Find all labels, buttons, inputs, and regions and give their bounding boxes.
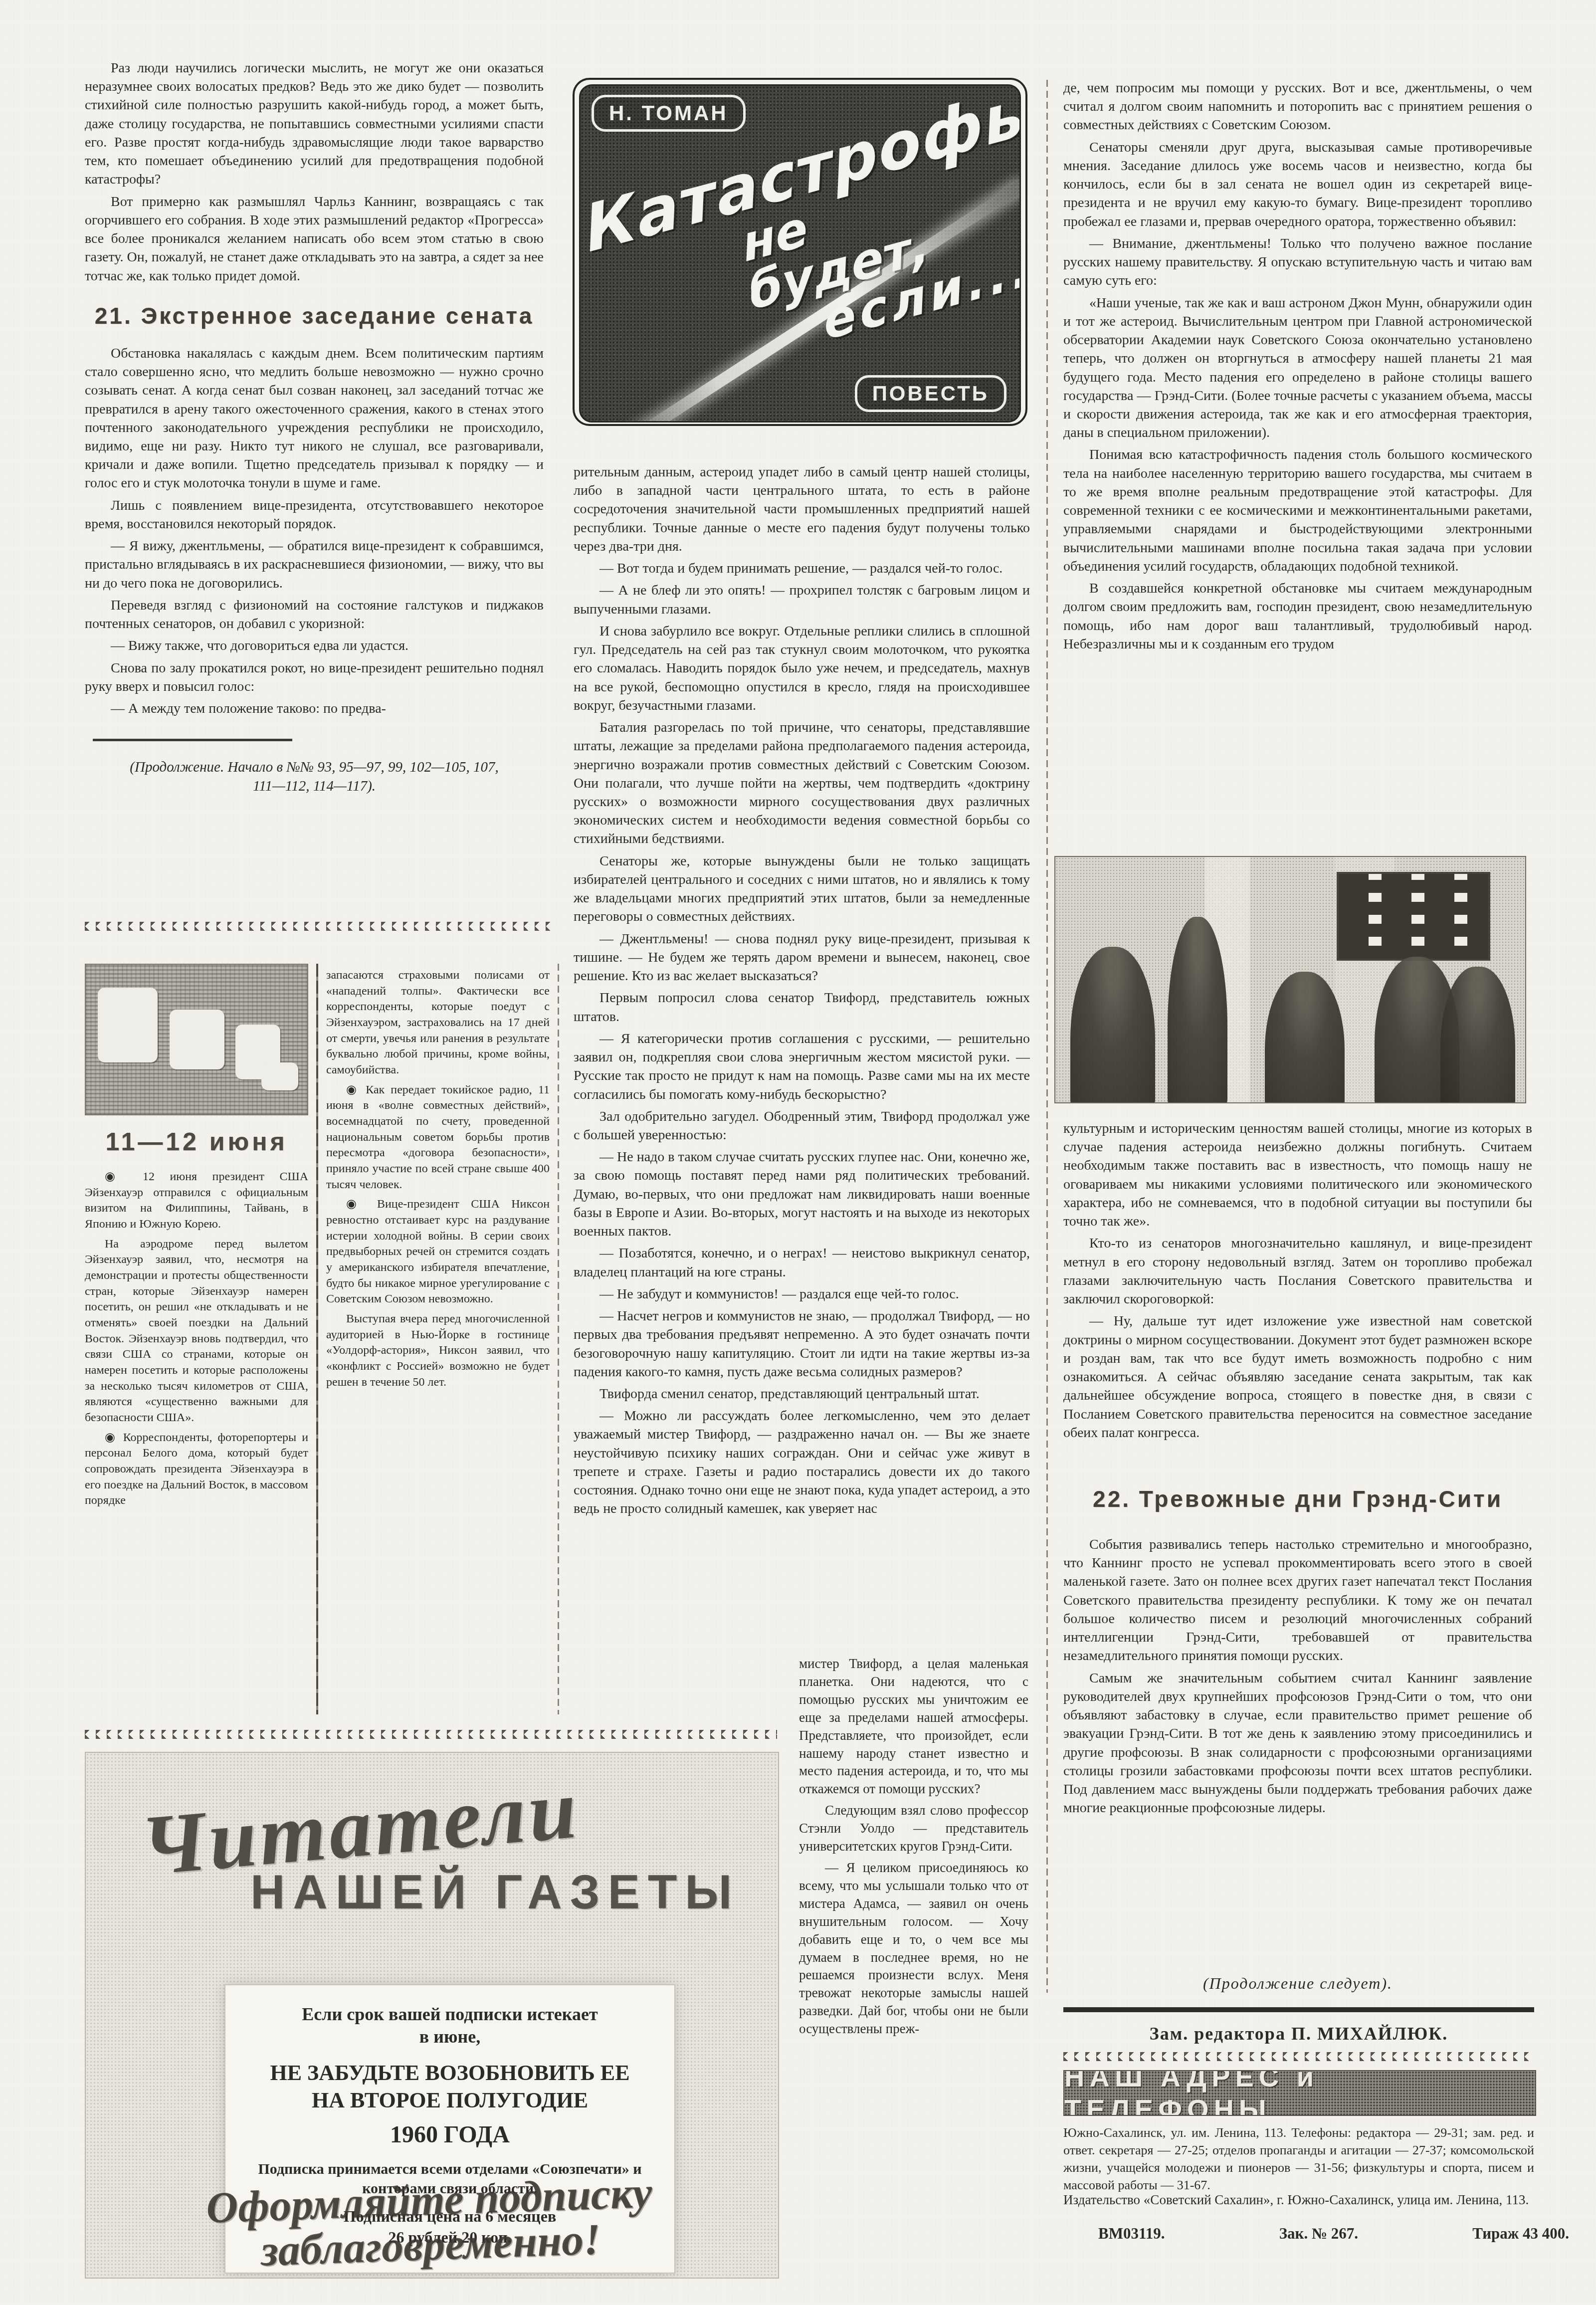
serial-continuation-note: (Продолжение. Начало в №№ 93, 95—97, 99,…	[120, 758, 509, 796]
story-paragraph: События развивались теперь настолько стр…	[1063, 1535, 1532, 1666]
genre-badge: ПОВЕСТЬ	[855, 375, 1006, 412]
digest-item: ◉ Вице-президент США Никсон ревностно от…	[326, 1197, 550, 1307]
ad-year: 1960 ГОДА	[240, 2121, 659, 2148]
story-paragraph: — Насчет негров и коммунистов не знаю, —…	[574, 1307, 1030, 1381]
ad-intro-line: Если срок вашей подписки истекает	[302, 2004, 598, 2024]
digest-column-rule	[316, 964, 318, 1714]
senate-illustration	[1054, 856, 1526, 1103]
story-paragraph: де, чем попросим мы помощи у русских. Во…	[1063, 79, 1532, 135]
digest-item: ◉ Как передает токийское радио, 11 июня …	[326, 1082, 550, 1193]
display-board-shape	[1337, 872, 1490, 961]
digest-left-column: 11—12 июня ◉ 12 июня президент США Эйзен…	[85, 964, 308, 1714]
column-2-narrow-continuation: мистер Твифорд, а целая маленькая планет…	[799, 1655, 1028, 2281]
chapter-22-text: События развивались теперь настолько стр…	[1063, 1535, 1532, 1970]
title-art-canvas: Катастрофы не будет, если... Н. ТОМАН ПО…	[579, 84, 1021, 422]
column-rule	[1046, 80, 1048, 1993]
divider-rule	[93, 739, 292, 741]
story-paragraph: Понимая всю катастрофичность падения сто…	[1063, 445, 1532, 576]
story-paragraph: — Я целиком присоединяюсь ко всему, что …	[799, 1859, 1028, 2038]
column-2: рительным данным, астероид упадет либо в…	[574, 463, 1030, 1652]
story-paragraph: Снова по залу прокатился рокот, но вице-…	[85, 659, 544, 696]
digest-item: ◉ 12 июня президент США Эйзенхауэр отпра…	[85, 1169, 308, 1233]
column-3: де, чем попросим мы помощи у русских. Во…	[1063, 79, 1532, 853]
newspaper-page: Раз люди научились логически мыслить, не…	[0, 0, 1596, 2305]
deputy-editor-line: Зам. редактора П. МИХАЙЛЮК.	[1063, 2023, 1534, 2044]
logo-shape	[98, 988, 158, 1062]
imprint-code: ВМ03119.	[1098, 2225, 1165, 2243]
story-intro: Раз люди научились логически мыслить, не…	[85, 59, 544, 285]
story-paragraph: Следующим взял слово профессор Стэнли Уо…	[799, 1802, 1028, 1856]
story-paragraph: Вот примерно как размышлял Чарльз Каннин…	[85, 193, 544, 285]
story-paragraph: — Не забудут и коммунистов! — раздался е…	[574, 1285, 1030, 1303]
story-paragraph: — А между тем положение таково: по предв…	[85, 699, 544, 718]
zigzag-separator	[85, 1730, 777, 1739]
story-paragraph: Раз люди научились логически мыслить, не…	[85, 59, 544, 189]
story-paragraph: — Внимание, джентльмены! Только что полу…	[1063, 234, 1532, 290]
story-paragraph: Кто-то из сенаторов многозначительно каш…	[1063, 1234, 1532, 1308]
ad-intro-line: в июне,	[419, 2027, 480, 2047]
digest-date-heading: 11—12 июня	[85, 1127, 308, 1156]
story-paragraph: Первым попросил слова сенатор Твифорд, п…	[574, 989, 1030, 1026]
to-be-continued-note: (Продолжение следует).	[1063, 1974, 1532, 1993]
digest-item: ◉ Корреспонденты, фоторепортеры и персон…	[85, 1430, 308, 1509]
story-paragraph: мистер Твифорд, а целая маленькая планет…	[799, 1655, 1028, 1798]
subscription-ad: Читатели НАШЕЙ ГАЗЕТЫ Если срок вашей по…	[85, 1752, 779, 2279]
story-paragraph: рительным данным, астероид упадет либо в…	[574, 463, 1030, 556]
digest-item: Выступая вчера перед многочисленной ауди…	[326, 1311, 550, 1390]
story-paragraph: Обстановка накалялась с каждым днем. Все…	[85, 344, 544, 493]
logo-shape	[170, 1010, 224, 1069]
column-rule	[558, 964, 559, 1714]
ad-cta-line: НА ВТОРОЕ ПОЛУГОДИЕ	[312, 2088, 588, 2112]
digest-left-items: ◉ 12 июня президент США Эйзенхауэр отпра…	[85, 1169, 308, 1509]
address-banner: НАШ АДРЕС и ТЕЛЕФОНЫ	[1063, 2070, 1536, 2116]
story-title-art: Катастрофы не будет, если... Н. ТОМАН ПО…	[573, 78, 1027, 426]
story-paragraph: В создавшейся конкретной обстановке мы с…	[1063, 579, 1532, 653]
story-paragraph: Сенаторы сменяли друг друга, высказывая …	[1063, 138, 1532, 231]
chapter-21-heading: 21. Экстренное заседание сената	[85, 302, 544, 329]
news-digest: 11—12 июня ◉ 12 июня президент США Эйзен…	[85, 964, 554, 1714]
story-paragraph: — Я вижу, джентльмены, — обратился вице-…	[85, 537, 544, 593]
story-paragraph: — Позаботятся, конечно, и о неграх! — не…	[574, 1244, 1030, 1281]
story-paragraph: — Можно ли рассуждать более легкомысленн…	[574, 1407, 1030, 1518]
senator-figure	[1070, 947, 1155, 1103]
story-paragraph: — А не блеф ли это опять! — прохрипел то…	[574, 581, 1030, 618]
digest-right-items: запасаются страховыми полисами от «напад…	[326, 964, 550, 1714]
story-paragraph: Твифорда сменил сенатор, представляющий …	[574, 1385, 1030, 1403]
publisher-line: Издательство «Советский Сахалин», г. Южн…	[1063, 2191, 1534, 2209]
story-paragraph: И снова забурлило все вокруг. Отдельные …	[574, 622, 1030, 715]
story-paragraph: — Вот тогда и будем принимать решение, —…	[574, 559, 1030, 578]
story-paragraph: Баталия разгорелась по той причине, что …	[574, 718, 1030, 848]
zigzag-separator	[1063, 2052, 1534, 2061]
digest-item: На аэродроме перед вылетом Эйзенхауэр за…	[85, 1237, 308, 1426]
story-paragraph: Переведя взгляд с физиономий на состояни…	[85, 596, 544, 633]
story-paragraph: — Я категорически против соглашения с ру…	[574, 1030, 1030, 1104]
story-paragraph: Лишь с появлением вице-президента, отсут…	[85, 496, 544, 533]
chapter-21-column-1-text: Обстановка накалялась с каждым днем. Все…	[85, 344, 544, 718]
story-paragraph: Зал одобрительно загудел. Ободренный эти…	[574, 1107, 1030, 1144]
zigzag-separator	[85, 922, 553, 931]
story-paragraph: «Наши ученые, так же как и ваш астроном …	[1063, 294, 1532, 442]
story-paragraph: — Не надо в таком случае считать русских…	[574, 1148, 1030, 1241]
address-and-phones: Южно-Сахалинск, ул. им. Ленина, 113. Тел…	[1063, 2124, 1534, 2194]
logo-shape	[261, 1062, 298, 1090]
imprint-line: ВМ03119. Зак. № 267. Тираж 43 400.	[1063, 2225, 1596, 2243]
story-paragraph: Самым же значительным событием считал Ка…	[1063, 1669, 1532, 1818]
digest-item: запасаются страховыми полисами от «напад…	[326, 968, 550, 1078]
imprint-order: Зак. № 267.	[1279, 2225, 1358, 2243]
chronicle-logo-graphic	[85, 964, 308, 1115]
footer-rule	[1063, 2007, 1534, 2012]
chapter-22-heading: 22. Тревожные дни Грэнд-Сити	[1063, 1485, 1532, 1512]
story-title: Катастрофы не будет, если...	[581, 91, 1014, 405]
senator-figure	[1440, 967, 1515, 1103]
imprint-circulation: Тираж 43 400.	[1472, 2225, 1569, 2243]
story-paragraph: культурным и историческим ценностям ваше…	[1063, 1119, 1532, 1231]
author-badge: Н. ТОМАН	[592, 95, 746, 132]
column-3-after-illustration: культурным и историческим ценностям ваше…	[1063, 1119, 1532, 1489]
column-1: Раз люди научились логически мыслить, не…	[85, 59, 544, 913]
address-banner-text: НАШ АДРЕС и ТЕЛЕФОНЫ	[1064, 2070, 1535, 2116]
senator-figure	[1265, 972, 1345, 1103]
story-paragraph: — Джентльмены! — снова поднял руку вице-…	[574, 930, 1030, 986]
story-paragraph: Сенаторы же, которые вынуждены были не т…	[574, 852, 1030, 926]
ad-cta-line: НЕ ЗАБУДЬТЕ ВОЗОБНОВИТЬ ЕЕ	[270, 2061, 630, 2085]
story-paragraph: — Ну, дальше тут идет изложение уже изве…	[1063, 1312, 1532, 1442]
story-paragraph: — Вижу также, что договориться едва ли у…	[85, 636, 544, 655]
